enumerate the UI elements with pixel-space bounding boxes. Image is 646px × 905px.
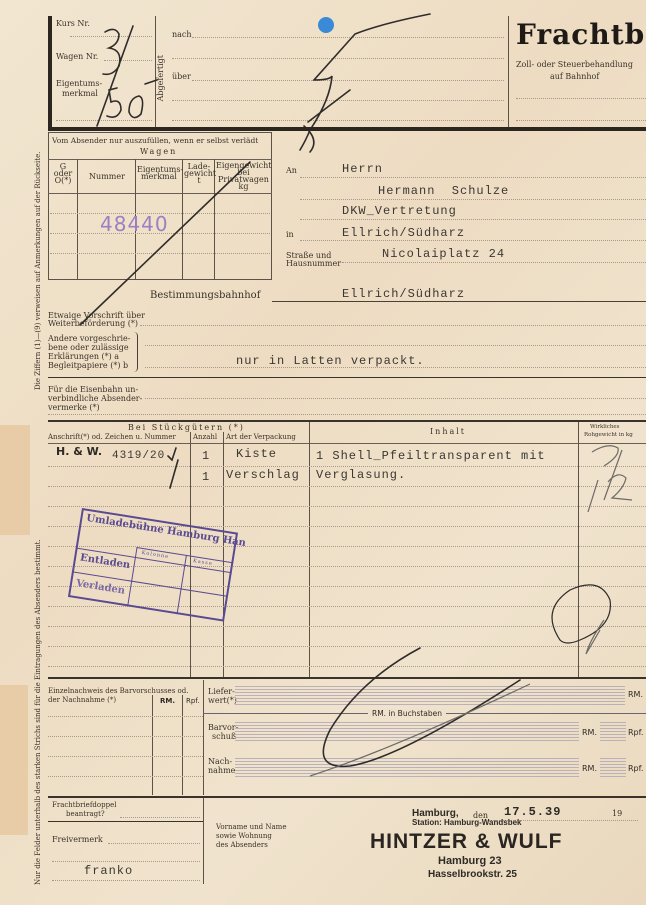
col-gewicht-1: Wirkliches bbox=[590, 424, 620, 431]
nachnahme-label-2: nahme bbox=[208, 767, 235, 774]
divider bbox=[48, 443, 646, 444]
einzel-line[interactable] bbox=[48, 756, 203, 757]
kurs-label: Kurs Nr. bbox=[56, 20, 96, 27]
in-label: in bbox=[286, 230, 294, 239]
pen-checkmark bbox=[160, 440, 200, 500]
recipient-salutation: Herrn bbox=[342, 162, 383, 176]
einzel-rpf-label: Rpf. bbox=[186, 697, 200, 705]
barvorschuss-rpf: Rpf. bbox=[628, 728, 643, 737]
recipient-line[interactable] bbox=[300, 219, 646, 220]
freivermerk-label: Freivermerk bbox=[52, 835, 103, 844]
side-note-upper: Die Ziffern (1)—(9) verweisen auf Anmerk… bbox=[34, 110, 42, 390]
street-label-1: Straße und bbox=[286, 252, 331, 259]
goods-row-line bbox=[48, 486, 646, 487]
recipient-line[interactable] bbox=[300, 199, 646, 200]
merkmal-label: merkmal bbox=[62, 90, 98, 97]
col-art: Art der Verpackung bbox=[226, 434, 296, 441]
einzel-line[interactable] bbox=[48, 736, 203, 737]
freivermerk-field-3[interactable] bbox=[52, 880, 200, 881]
sender-label-1: Vorname und Name bbox=[216, 824, 286, 831]
goods-content: 1 Shell_Pfeiltransparent mit bbox=[316, 449, 546, 463]
sender-station: Station: Hamburg-Wandsbek bbox=[412, 818, 521, 827]
divider bbox=[203, 798, 204, 884]
divider bbox=[508, 16, 509, 128]
nachnahme-rpf-field[interactable] bbox=[600, 758, 626, 778]
sender-date: 17.5.39 bbox=[504, 805, 561, 819]
header-thick-rule bbox=[48, 127, 646, 131]
sender-label-3: des Absenders bbox=[216, 842, 268, 849]
goods-count: 1 bbox=[202, 449, 210, 463]
divider bbox=[48, 377, 646, 378]
lieferwert-label-1: Liefer- bbox=[208, 688, 235, 695]
andere-label-3: Erklärungen (*) a bbox=[48, 353, 119, 360]
wagen-label: Wagen Nr. bbox=[56, 52, 98, 61]
nachnahme-rm: RM. bbox=[582, 764, 597, 773]
goods-packing: Kiste bbox=[236, 447, 277, 461]
goods-packing: Verschlag bbox=[226, 468, 300, 482]
handwritten-mark-5 bbox=[290, 10, 440, 160]
handwritten-wagon-number bbox=[95, 18, 175, 128]
barvorschuss-rm: RM. bbox=[582, 728, 597, 737]
recipient-city: Ellrich/Südharz bbox=[342, 226, 465, 240]
einzel-line[interactable] bbox=[48, 776, 203, 777]
side-note-lower: Nur die Felder unterhalb des starken Str… bbox=[34, 425, 42, 885]
einzel-label-2: der Nachnahme (*) bbox=[48, 697, 116, 704]
nachnahme-rpf: Rpf. bbox=[628, 764, 643, 773]
document-subtitle-1: Zoll- oder Steuerbehandlung bbox=[516, 60, 633, 69]
street-label-2: Hausnummer bbox=[286, 260, 341, 267]
recipient-street: Nicolaiplatz 24 bbox=[382, 247, 505, 261]
recipient-street-line[interactable] bbox=[342, 262, 646, 263]
divider bbox=[309, 422, 310, 677]
einzel-rm-label: RM. bbox=[160, 697, 175, 705]
col-gewicht-2: Rohgewicht in kg bbox=[584, 432, 633, 439]
document-title: Frachtbrief bbox=[516, 18, 646, 51]
tape-strip bbox=[0, 685, 28, 835]
nachnahme-label-1: Nach- bbox=[208, 758, 232, 765]
year-prefix: 19 bbox=[612, 810, 622, 817]
pen-strike-line bbox=[60, 160, 260, 330]
goods-mark: H. & W. bbox=[56, 445, 102, 458]
barvorschuss-label-2: schuß bbox=[212, 733, 236, 740]
lieferwert-rm: RM. bbox=[628, 690, 643, 699]
freivermerk-value: franko bbox=[84, 864, 133, 878]
col-inhalt: Inhalt bbox=[430, 427, 466, 436]
header-left-bar bbox=[48, 16, 52, 128]
lieferwert-label-2: wert(*) bbox=[208, 697, 237, 704]
divider bbox=[48, 420, 646, 422]
goods-group-header: Bei Stückgütern (*) bbox=[128, 423, 245, 432]
recipient-company: DKW_Vertretung bbox=[342, 204, 457, 218]
sender-city: Hamburg 23 bbox=[438, 855, 502, 867]
document-subtitle-2: auf Bahnhof bbox=[550, 72, 599, 81]
col-anschrift: Anschrift(*) od. Zeichen u. Nummer bbox=[48, 434, 176, 441]
sender-street: Hasselbrookstr. 25 bbox=[428, 869, 517, 880]
vermerke-label-2: verbindliche Absender- bbox=[48, 395, 142, 402]
handwritten-weight bbox=[578, 440, 646, 520]
weiter-label-2: Weiterbeförderung (*) bbox=[48, 320, 138, 327]
vermerke-field[interactable] bbox=[145, 398, 646, 399]
einzel-label-1: Einzelnachweis des Barvorschusses od. bbox=[48, 688, 188, 695]
goods-content: Verglasung. bbox=[316, 468, 406, 482]
goods-row-line bbox=[48, 466, 646, 467]
divider bbox=[48, 796, 646, 798]
doppel-field[interactable] bbox=[120, 817, 200, 818]
andere-label-4: Begleitpapiere (*) b bbox=[48, 362, 128, 369]
destination-line[interactable] bbox=[272, 301, 646, 302]
freivermerk-field[interactable] bbox=[108, 843, 200, 844]
weiter-label-1: Etwaige Vorschrift über bbox=[48, 312, 145, 319]
an-label: An bbox=[286, 166, 297, 175]
freight-bill-page: Die Ziffern (1)—(9) verweisen auf Anmerk… bbox=[0, 0, 646, 905]
weiter-field[interactable] bbox=[140, 325, 646, 326]
wagon-caption-2: Wagen bbox=[140, 147, 177, 156]
divider bbox=[48, 821, 203, 822]
pen-loop-strike bbox=[300, 640, 540, 780]
andere-label-1: Andere vorgeschrie- bbox=[48, 335, 130, 342]
einzel-line[interactable] bbox=[48, 716, 203, 717]
destination-value: Ellrich/Südharz bbox=[342, 287, 465, 301]
zoll-field-2[interactable] bbox=[516, 120, 646, 121]
recipient-city-line[interactable] bbox=[300, 240, 646, 241]
vermerke-label-3: vermerke (*) bbox=[48, 404, 100, 411]
divider bbox=[203, 680, 204, 795]
sender-company: HINTZER & WULF bbox=[370, 830, 562, 854]
recipient-line[interactable] bbox=[300, 177, 646, 178]
goods-number: 4319/20 bbox=[112, 450, 165, 462]
brace bbox=[134, 332, 138, 372]
vermerke-field-2[interactable] bbox=[48, 414, 646, 415]
tape-strip bbox=[0, 425, 30, 535]
andere-label-2: bene oder zulässige bbox=[48, 344, 129, 351]
divider bbox=[182, 695, 183, 795]
handwritten-circle bbox=[540, 580, 630, 670]
barvorschuss-label-1: Barvor- bbox=[208, 724, 238, 731]
zoll-field[interactable] bbox=[516, 98, 646, 99]
goods-row-line bbox=[48, 506, 646, 507]
andere-value: nur in Latten verpackt. bbox=[236, 354, 425, 368]
vermerke-label-1: Für die Eisenbahn un- bbox=[48, 386, 138, 393]
barvorschuss-rpf-field[interactable] bbox=[600, 722, 626, 742]
sender-label-2: sowie Wohnung bbox=[216, 833, 272, 840]
destination-label: Bestimmungsbahnhof bbox=[150, 290, 260, 301]
doppel-label-2: beantragt? bbox=[66, 811, 105, 818]
wagon-caption-1: Vom Absender nur auszufüllen, wenn er se… bbox=[52, 136, 258, 145]
doppel-label-1: Frachtbriefdoppel bbox=[52, 802, 116, 809]
recipient-name: Hermann Schulze bbox=[378, 184, 509, 198]
goods-count: 1 bbox=[202, 470, 210, 484]
divider bbox=[152, 695, 153, 795]
freivermerk-field-2[interactable] bbox=[52, 861, 200, 862]
andere-field[interactable] bbox=[145, 345, 646, 346]
